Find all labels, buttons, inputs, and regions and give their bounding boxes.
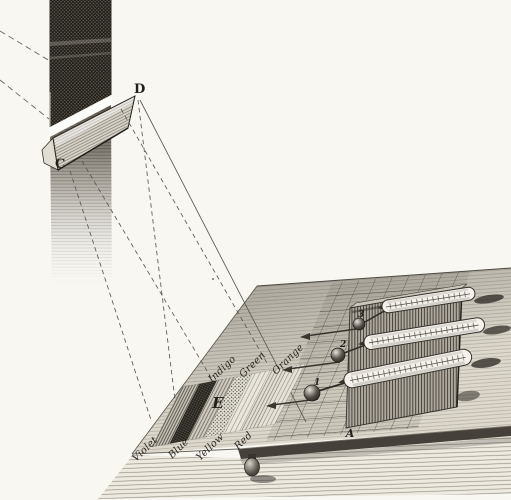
label-spectrum-e: E: [211, 394, 224, 412]
label-prism-top-d: D: [134, 82, 145, 97]
label-table-a: A: [345, 427, 355, 440]
label-thermometer-3: 3: [358, 310, 364, 320]
thermometer-bulb: [331, 348, 345, 362]
label-thermometer-2: 2: [339, 340, 346, 350]
label-thermometer-1: 1: [314, 378, 320, 388]
ball-foot: [245, 458, 260, 476]
engraving-speck: [212, 278, 214, 280]
engraving-figure: D C: [0, 0, 511, 500]
ball-foot-shadow: [250, 475, 276, 483]
label-prism-base-c: C: [55, 157, 65, 172]
engraving-canvas: D C: [0, 0, 511, 500]
